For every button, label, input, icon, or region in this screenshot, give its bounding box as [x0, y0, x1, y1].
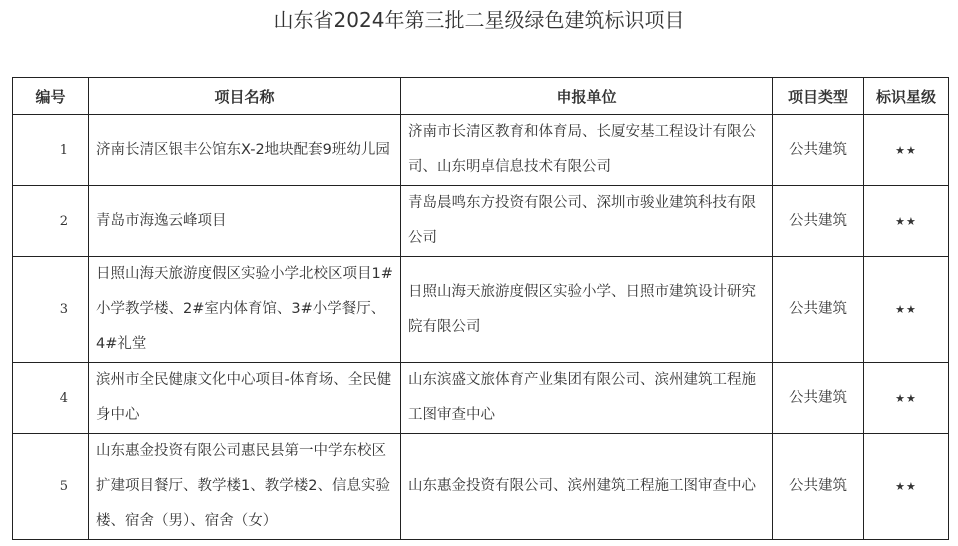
table-row: 2 青岛市海逸云峰项目 青岛晨鸣东方投资有限公司、深圳市骏业建筑科技有限公司 公… — [13, 186, 949, 257]
table-row: 4 滨州市全民健康文化中心项目-体育场、全民健身中心 山东滨盛文旅体育产业集团有… — [13, 363, 949, 434]
cell-project-name: 山东惠金投资有限公司惠民县第一中学东校区扩建项目餐厅、教学楼1、教学楼2、信息实… — [89, 434, 401, 540]
header-project-type: 项目类型 — [773, 78, 864, 115]
cell-project-name: 日照山海天旅游度假区实验小学北校区项目1#小学教学楼、2#室内体育馆、3#小学餐… — [89, 257, 401, 363]
cell-number: 4 — [13, 363, 89, 434]
star-rating-icon: ★★ — [864, 434, 949, 540]
table-row: 5 山东惠金投资有限公司惠民县第一中学东校区扩建项目餐厅、教学楼1、教学楼2、信… — [13, 434, 949, 540]
table-header-row: 编号 项目名称 申报单位 项目类型 标识星级 — [13, 78, 949, 115]
header-project-name: 项目名称 — [89, 78, 401, 115]
cell-number: 2 — [13, 186, 89, 257]
cell-project-type: 公共建筑 — [773, 363, 864, 434]
cell-project-type: 公共建筑 — [773, 434, 864, 540]
cell-applicant-org: 山东惠金投资有限公司、滨州建筑工程施工图审查中心 — [401, 434, 773, 540]
star-rating-icon: ★★ — [864, 115, 949, 186]
cell-project-type: 公共建筑 — [773, 115, 864, 186]
cell-project-name: 滨州市全民健康文化中心项目-体育场、全民健身中心 — [89, 363, 401, 434]
projects-table: 编号 项目名称 申报单位 项目类型 标识星级 1 济南长清区银丰公馆东X-2地块… — [12, 77, 949, 540]
cell-project-type: 公共建筑 — [773, 257, 864, 363]
cell-applicant-org: 济南市长清区教育和体育局、长厦安基工程设计有限公司、山东明卓信息技术有限公司 — [401, 115, 773, 186]
cell-number: 5 — [13, 434, 89, 540]
cell-project-name: 青岛市海逸云峰项目 — [89, 186, 401, 257]
header-applicant-org: 申报单位 — [401, 78, 773, 115]
star-rating-icon: ★★ — [864, 363, 949, 434]
cell-applicant-org: 青岛晨鸣东方投资有限公司、深圳市骏业建筑科技有限公司 — [401, 186, 773, 257]
cell-project-type: 公共建筑 — [773, 186, 864, 257]
table-row: 3 日照山海天旅游度假区实验小学北校区项目1#小学教学楼、2#室内体育馆、3#小… — [13, 257, 949, 363]
cell-project-name: 济南长清区银丰公馆东X-2地块配套9班幼儿园 — [89, 115, 401, 186]
header-star-level: 标识星级 — [864, 78, 949, 115]
header-number: 编号 — [13, 78, 89, 115]
cell-number: 1 — [13, 115, 89, 186]
cell-applicant-org: 日照山海天旅游度假区实验小学、日照市建筑设计研究院有限公司 — [401, 257, 773, 363]
table-row: 1 济南长清区银丰公馆东X-2地块配套9班幼儿园 济南市长清区教育和体育局、长厦… — [13, 115, 949, 186]
star-rating-icon: ★★ — [864, 257, 949, 363]
page-title: 山东省2024年第三批二星级绿色建筑标识项目 — [0, 6, 958, 34]
cell-applicant-org: 山东滨盛文旅体育产业集团有限公司、滨州建筑工程施工图审查中心 — [401, 363, 773, 434]
star-rating-icon: ★★ — [864, 186, 949, 257]
cell-number: 3 — [13, 257, 89, 363]
